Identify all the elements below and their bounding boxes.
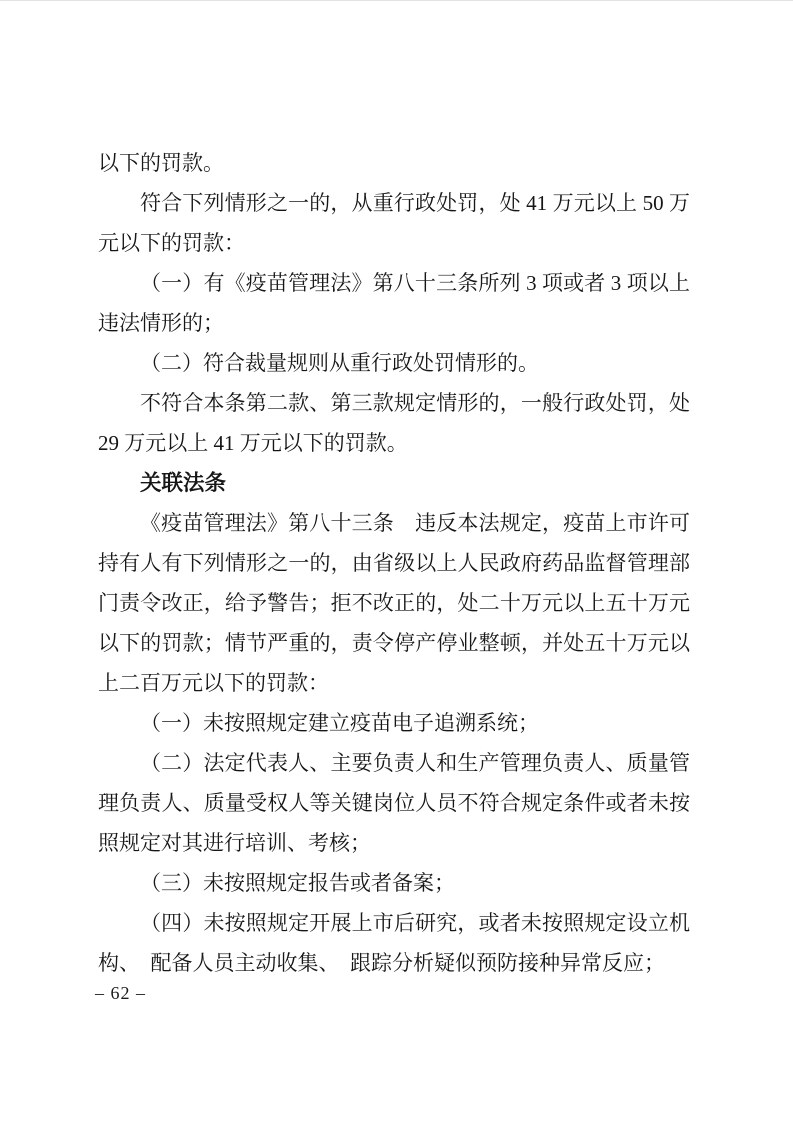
text-line: 《疫苗管理法》第八十三条 违反本法规定，疫苗上市许可 [98, 503, 690, 543]
text-line: 持有人有下列情形之一的，由省级以上人民政府药品监督管理部 [98, 543, 690, 583]
text-line: 构、 配备人员主动收集、 跟踪分析疑似预防接种异常反应； [98, 943, 690, 983]
text-line: 符合下列情形之一的，从重行政处罚，处 41 万元以上 50 万 [98, 183, 690, 223]
text-line: 门责令改正，给予警告；拒不改正的，处二十万元以上五十万元 [98, 583, 690, 623]
text-line: （二）符合裁量规则从重行政处罚情形的。 [98, 343, 690, 383]
text-line: 理负责人、质量受权人等关键岗位人员不符合规定条件或者未按 [98, 783, 690, 823]
text-line: 上二百万元以下的罚款： [98, 663, 690, 703]
text-line: 违法情形的； [98, 303, 690, 343]
text-line: （一）有《疫苗管理法》第八十三条所列 3 项或者 3 项以上 [98, 263, 690, 303]
text-line: 以下的罚款；情节严重的，责令停产停业整顿，并处五十万元以 [98, 623, 690, 663]
text-block: 以下的罚款。 符合下列情形之一的，从重行政处罚，处 41 万元以上 50 万 元… [98, 143, 690, 983]
text-line: 以下的罚款。 [98, 143, 690, 183]
text-line: （一）未按照规定建立疫苗电子追溯系统； [98, 703, 690, 743]
section-heading: 关联法条 [98, 463, 690, 503]
text-line: 照规定对其进行培训、考核； [98, 823, 690, 863]
text-line: 不符合本条第二款、第三款规定情形的，一般行政处罚，处 [98, 383, 690, 423]
text-line: （四）未按照规定开展上市后研究，或者未按照规定设立机 [98, 903, 690, 943]
text-line: 元以下的罚款： [98, 223, 690, 263]
text-line: （三）未按照规定报告或者备案； [98, 863, 690, 903]
text-line: （二）法定代表人、主要负责人和生产管理负责人、质量管 [98, 743, 690, 783]
document-page: 以下的罚款。 符合下列情形之一的，从重行政处罚，处 41 万元以上 50 万 元… [0, 0, 793, 1123]
text-line: 29 万元以上 41 万元以下的罚款。 [98, 423, 690, 463]
page-number: – 62 – [95, 979, 146, 1007]
